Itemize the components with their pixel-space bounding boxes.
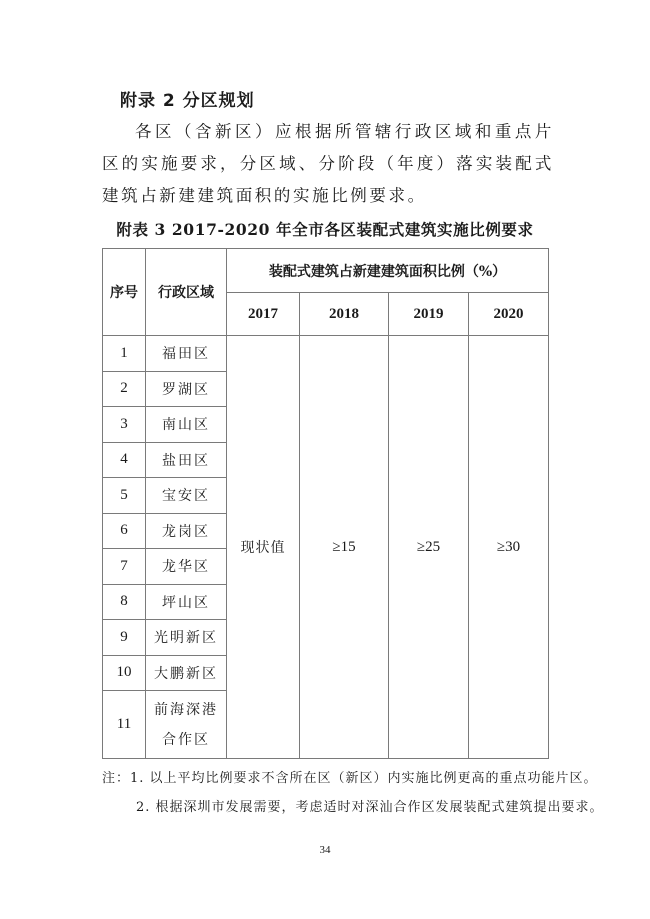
row-district: 光明新区 <box>146 620 227 656</box>
row-district: 坪山区 <box>146 584 227 620</box>
row-seq: 11 <box>103 691 146 759</box>
header-year-2019: 2019 <box>389 293 469 336</box>
row-seq: 6 <box>103 513 146 549</box>
row-district: 大鹏新区 <box>146 655 227 691</box>
value-2019: ≥25 <box>389 336 469 759</box>
row-district: 盐田区 <box>146 442 227 478</box>
row-seq: 8 <box>103 584 146 620</box>
district-ratio-table: 序号 行政区域 装配式建筑占新建建筑面积比例（%） 2017 2018 2019… <box>102 248 549 759</box>
header-year-2017: 2017 <box>227 293 300 336</box>
page-number: 34 <box>0 844 650 856</box>
header-year-2020: 2020 <box>469 293 549 336</box>
row-district: 龙华区 <box>146 549 227 585</box>
row-seq: 5 <box>103 478 146 514</box>
row-district: 宝安区 <box>146 478 227 514</box>
row-district: 龙岗区 <box>146 513 227 549</box>
row-district-line2: 合作区 <box>146 725 226 755</box>
row-seq: 9 <box>103 620 146 656</box>
header-year-2018: 2018 <box>300 293 389 336</box>
row-seq: 2 <box>103 371 146 407</box>
row-district: 罗湖区 <box>146 371 227 407</box>
row-seq: 1 <box>103 336 146 372</box>
row-seq: 7 <box>103 549 146 585</box>
header-ratio-group: 装配式建筑占新建建筑面积比例（%） <box>227 249 549 293</box>
row-seq: 10 <box>103 655 146 691</box>
row-seq: 3 <box>103 407 146 443</box>
note-1: 注：1. 以上平均比例要求不含所在区（新区）内实施比例更高的重点功能片区。 <box>102 764 604 793</box>
header-district: 行政区域 <box>146 249 227 336</box>
value-2020: ≥30 <box>469 336 549 759</box>
row-district: 南山区 <box>146 407 227 443</box>
table-notes: 注：1. 以上平均比例要求不含所在区（新区）内实施比例更高的重点功能片区。 2.… <box>102 764 604 822</box>
row-district: 前海深港 合作区 <box>146 691 227 759</box>
value-2018: ≥15 <box>300 336 389 759</box>
header-seq: 序号 <box>103 249 146 336</box>
value-2017: 现状值 <box>227 336 300 759</box>
row-district-line1: 前海深港 <box>146 695 226 725</box>
appendix-paragraph: 各区（含新区）应根据所管辖行政区域和重点片区的实施要求，分区域、分阶段（年度）落… <box>102 116 554 212</box>
table-caption: 附表 3 2017-2020 年全市各区装配式建筑实施比例要求 <box>102 218 548 240</box>
table-row: 1 福田区 现状值 ≥15 ≥25 ≥30 <box>103 336 549 372</box>
row-seq: 4 <box>103 442 146 478</box>
note-2: 2. 根据深圳市发展需要，考虑适时对深汕合作区发展装配式建筑提出要求。 <box>102 793 604 822</box>
appendix-heading: 附录 2 分区规划 <box>120 86 255 111</box>
table-header-row: 序号 行政区域 装配式建筑占新建建筑面积比例（%） <box>103 249 549 293</box>
row-district: 福田区 <box>146 336 227 372</box>
